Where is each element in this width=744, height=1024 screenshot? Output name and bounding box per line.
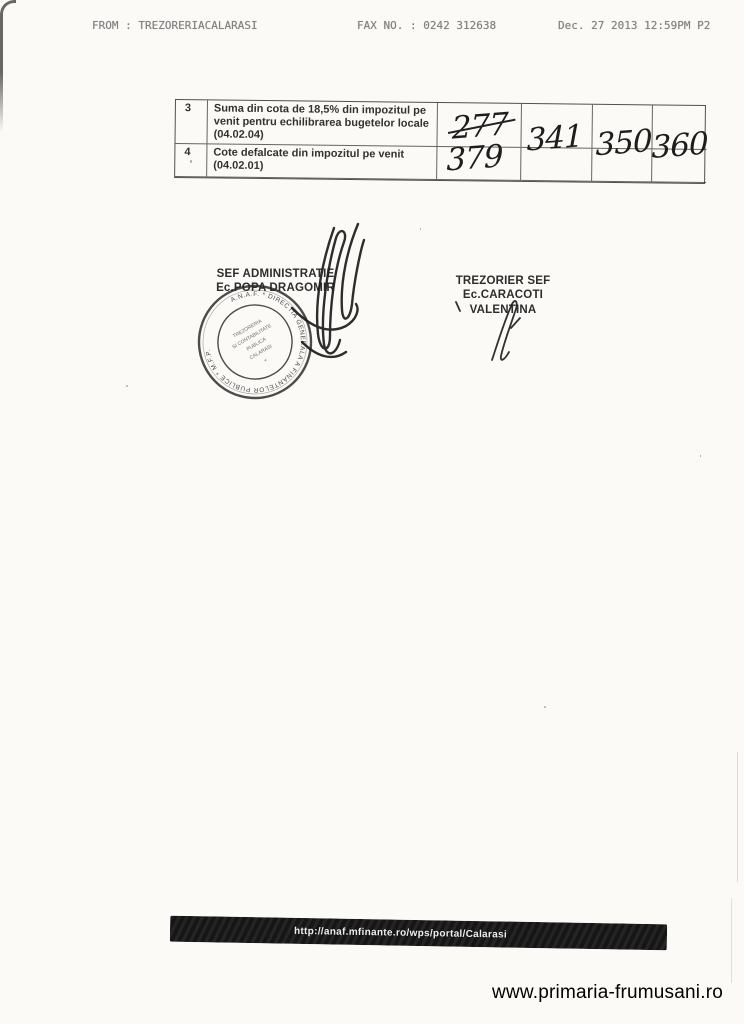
signature-scribble-left [268,222,388,382]
scan-speck [190,160,192,163]
description-text: Suma din cota de 18,5% din impozitul pe … [214,102,429,129]
signature-scribble-right [448,294,544,370]
handwritten-value: 379 [446,138,502,178]
fax-number: FAX NO. : 0242 312638 [357,19,496,32]
scan-edge-artifact [0,0,16,132]
budget-code: (04.02.01) [213,159,433,174]
website-watermark: www.primaria-frumusani.ro [492,982,723,1004]
scan-speck [700,455,701,457]
scan-speck [544,706,546,708]
scan-streak [731,898,732,983]
budget-table: 3 Suma din cota de 18,5% din impozitul p… [174,99,706,184]
row-description: Suma din cota de 18,5% din impozitul pe … [207,100,437,147]
scan-speck [126,385,128,387]
budget-code: (04.02.04) [214,128,434,143]
portal-url: http://anaf.mfinante.ro/wps/portal/Calar… [294,925,507,940]
fax-datetime: Dec. 27 2013 12:59PM P2 [558,19,710,32]
handwritten-value: 360 [651,126,707,166]
url-bar: http://anaf.mfinante.ro/wps/portal/Calar… [170,916,667,951]
handwritten-value: 341 [527,118,583,158]
scan-streak [737,752,738,882]
description-text: Cote defalcate din impozitul pe venit [213,146,404,160]
signature-title: TREZORIER SEF [428,274,578,288]
handwritten-value: 350 [595,123,651,163]
row-description: Cote defalcate din impozitul pe venit (0… [207,144,437,180]
row-number: 3 [175,100,207,144]
scan-speck [420,228,421,230]
fax-from-station: FROM : TREZORERIACALARASI [92,19,258,32]
